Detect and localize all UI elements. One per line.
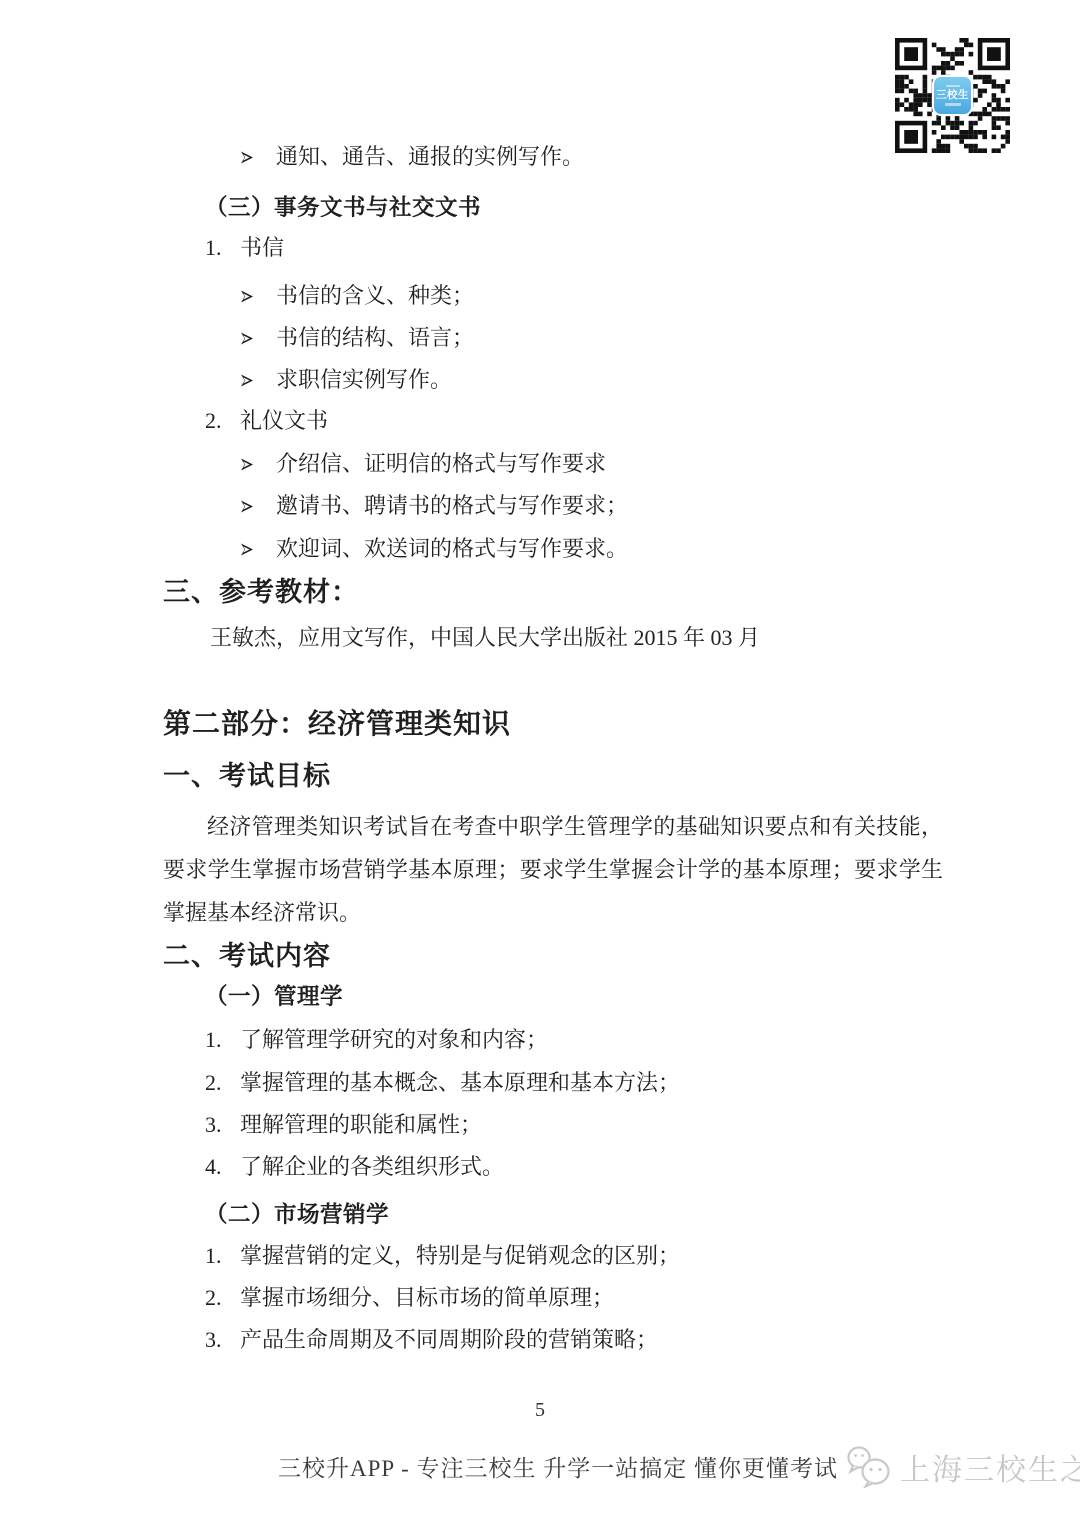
bullet-item-text: 求职信实例写作。 (276, 367, 452, 392)
subsection-heading: （一）管理学 (205, 976, 343, 1018)
bullet-item: 通知、通告、通报的实例写作。 (240, 136, 584, 178)
subsection-heading: （二）市场营销学 (205, 1194, 389, 1236)
bullet-item-text: 通知、通告、通报的实例写作。 (276, 144, 584, 169)
subsection-heading: （三）事务文书与社交文书 (205, 187, 481, 229)
numbered-item: 1.了解管理学研究的对象和内容； (205, 1019, 548, 1061)
arrow-bullet-icon (240, 359, 276, 401)
item-number: 3. (205, 1104, 240, 1146)
bullet-item: 求职信实例写作。 (240, 359, 452, 401)
item-number: 1. (205, 1019, 240, 1061)
arrow-bullet-icon (240, 317, 276, 359)
arrow-bullet-icon (240, 485, 276, 527)
numbered-item: 2.礼仪文书 (205, 400, 328, 442)
bullet-item-text: 邀请书、聘请书的格式与写作要求； (276, 493, 628, 518)
numbered-item-text: 了解企业的各类组织形式。 (240, 1154, 504, 1179)
qr-logo-decoration (946, 85, 960, 87)
bullet-item: 书信的含义、种类； (240, 275, 474, 317)
paragraph: 经济管理类知识考试旨在考查中职学生管理学的基础知识要点和有关技能，要求学生掌握市… (163, 805, 943, 934)
section-heading: 二、考试内容 (163, 934, 331, 978)
bullet-item: 介绍信、证明信的格式与写作要求 (240, 443, 606, 485)
numbered-item-text: 理解管理的职能和属性； (240, 1112, 482, 1137)
section-heading: 三、参考教材： (163, 570, 359, 614)
arrow-bullet-icon (240, 275, 276, 317)
item-number: 4. (205, 1146, 240, 1188)
bullet-item-text: 书信的结构、语言； (276, 325, 474, 350)
part-heading: 第二部分：经济管理类知识 (163, 701, 511, 747)
page-number: 5 (0, 1389, 1080, 1431)
arrow-bullet-icon (240, 443, 276, 485)
numbered-item-text: 掌握管理的基本概念、基本原理和基本方法； (240, 1070, 680, 1095)
numbered-item-text: 掌握市场细分、目标市场的简单原理； (240, 1285, 614, 1310)
qr-logo-text: 三校生 (936, 89, 969, 101)
numbered-item: 4.了解企业的各类组织形式。 (205, 1146, 504, 1188)
numbered-item: 3.理解管理的职能和属性； (205, 1104, 482, 1146)
numbered-item: 2.掌握市场细分、目标市场的简单原理； (205, 1277, 614, 1319)
numbered-item-text: 书信 (240, 235, 284, 260)
document-page: 三校生 通知、通告、通报的实例写作。 （三）事务文书与社交文书 1.书信 书信的… (0, 0, 1080, 1527)
item-number: 1. (205, 1235, 240, 1277)
numbered-item: 1.书信 (205, 227, 284, 269)
numbered-item: 2.掌握管理的基本概念、基本原理和基本方法； (205, 1062, 680, 1104)
bullet-item: 欢迎词、欢送词的格式与写作要求。 (240, 528, 628, 570)
item-number: 3. (205, 1319, 240, 1361)
numbered-item: 3.产品生命周期及不同周期阶段的营销策略； (205, 1319, 658, 1361)
bullet-item-text: 欢迎词、欢送词的格式与写作要求。 (276, 536, 628, 561)
item-number: 2. (205, 1277, 240, 1319)
arrow-bullet-icon (240, 528, 276, 570)
qr-code: 三校生 (895, 38, 1010, 153)
numbered-item: 1.掌握营销的定义，特别是与促销观念的区别； (205, 1235, 680, 1277)
numbered-item-text: 产品生命周期及不同周期阶段的营销策略； (240, 1327, 658, 1352)
arrow-bullet-icon (240, 136, 276, 178)
item-number: 1. (205, 227, 240, 269)
item-number: 2. (205, 400, 240, 442)
numbered-item-text: 掌握营销的定义，特别是与促销观念的区别； (240, 1243, 680, 1268)
bullet-item-text: 介绍信、证明信的格式与写作要求 (276, 451, 606, 476)
item-number: 2. (205, 1062, 240, 1104)
numbered-item-text: 了解管理学研究的对象和内容； (240, 1027, 548, 1052)
qr-logo-decoration (945, 103, 961, 106)
footer-app-text: 三校升APP - 专注三校生 升学一站搞定 懂你更懂考试 (278, 1450, 838, 1483)
bullet-item: 书信的结构、语言； (240, 317, 474, 359)
numbered-item-text: 礼仪文书 (240, 408, 328, 433)
page-footer: 三校升APP - 专注三校生 升学一站搞定 懂你更懂考试 上海三校生之家 (278, 1440, 1080, 1493)
bullet-item: 邀请书、聘请书的格式与写作要求； (240, 485, 628, 527)
wechat-icon (844, 1444, 892, 1493)
qr-center-logo: 三校生 (932, 75, 973, 116)
reference-line: 王敏杰，应用文写作，中国人民大学出版社 2015 年 03 月 (210, 617, 760, 659)
footer-brand-text: 上海三校生之家 (900, 1445, 1080, 1489)
section-heading: 一、考试目标 (163, 754, 331, 798)
bullet-item-text: 书信的含义、种类； (276, 283, 474, 308)
